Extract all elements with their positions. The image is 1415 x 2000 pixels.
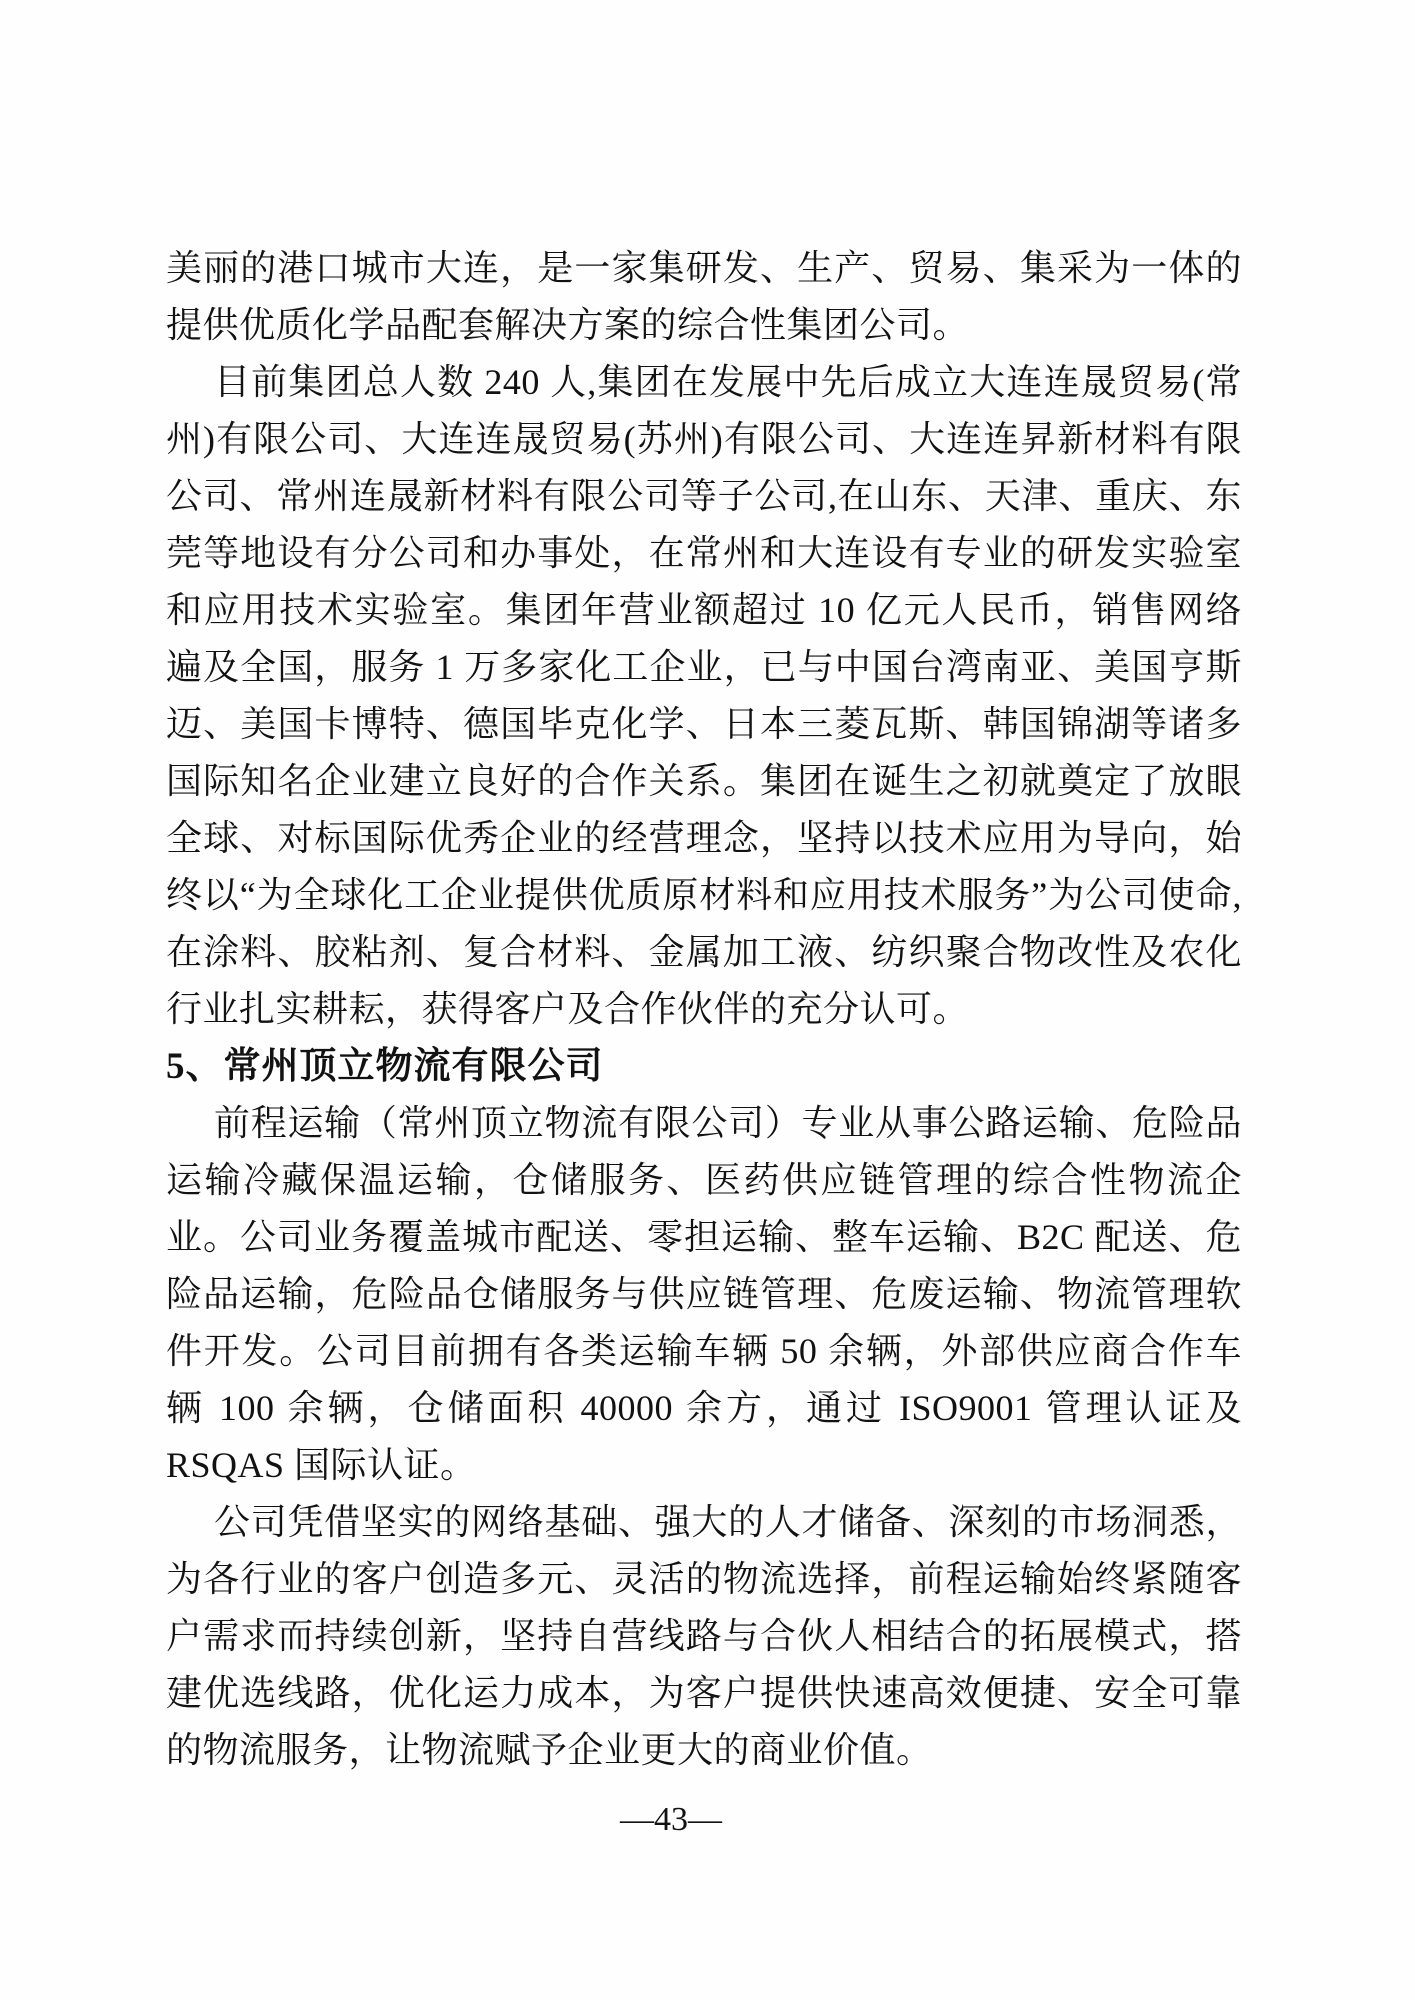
paragraph: 目前集团总人数 240 人,集团在发展中先后成立大连连晟贸易(常州)有限公司、大… <box>166 354 1242 1038</box>
document-body: 美丽的港口城市大连，是一家集研发、生产、贸易、集采为一体的提供优质化学品配套解决… <box>166 240 1242 1779</box>
paragraph: 美丽的港口城市大连，是一家集研发、生产、贸易、集采为一体的提供优质化学品配套解决… <box>166 240 1242 354</box>
paragraph: 前程运输（常州顶立物流有限公司）专业从事公路运输、危险品运输冷藏保温运输，仓储服… <box>166 1095 1242 1494</box>
paragraph: 公司凭借坚实的网络基础、强大的人才储备、深刻的市场洞悉，为各行业的客户创造多元、… <box>166 1494 1242 1779</box>
section-heading: 5、常州顶立物流有限公司 <box>166 1038 1242 1095</box>
document-page: 美丽的港口城市大连，是一家集研发、生产、贸易、集采为一体的提供优质化学品配套解决… <box>0 0 1415 2000</box>
page-number: —43— <box>166 1800 1176 1840</box>
